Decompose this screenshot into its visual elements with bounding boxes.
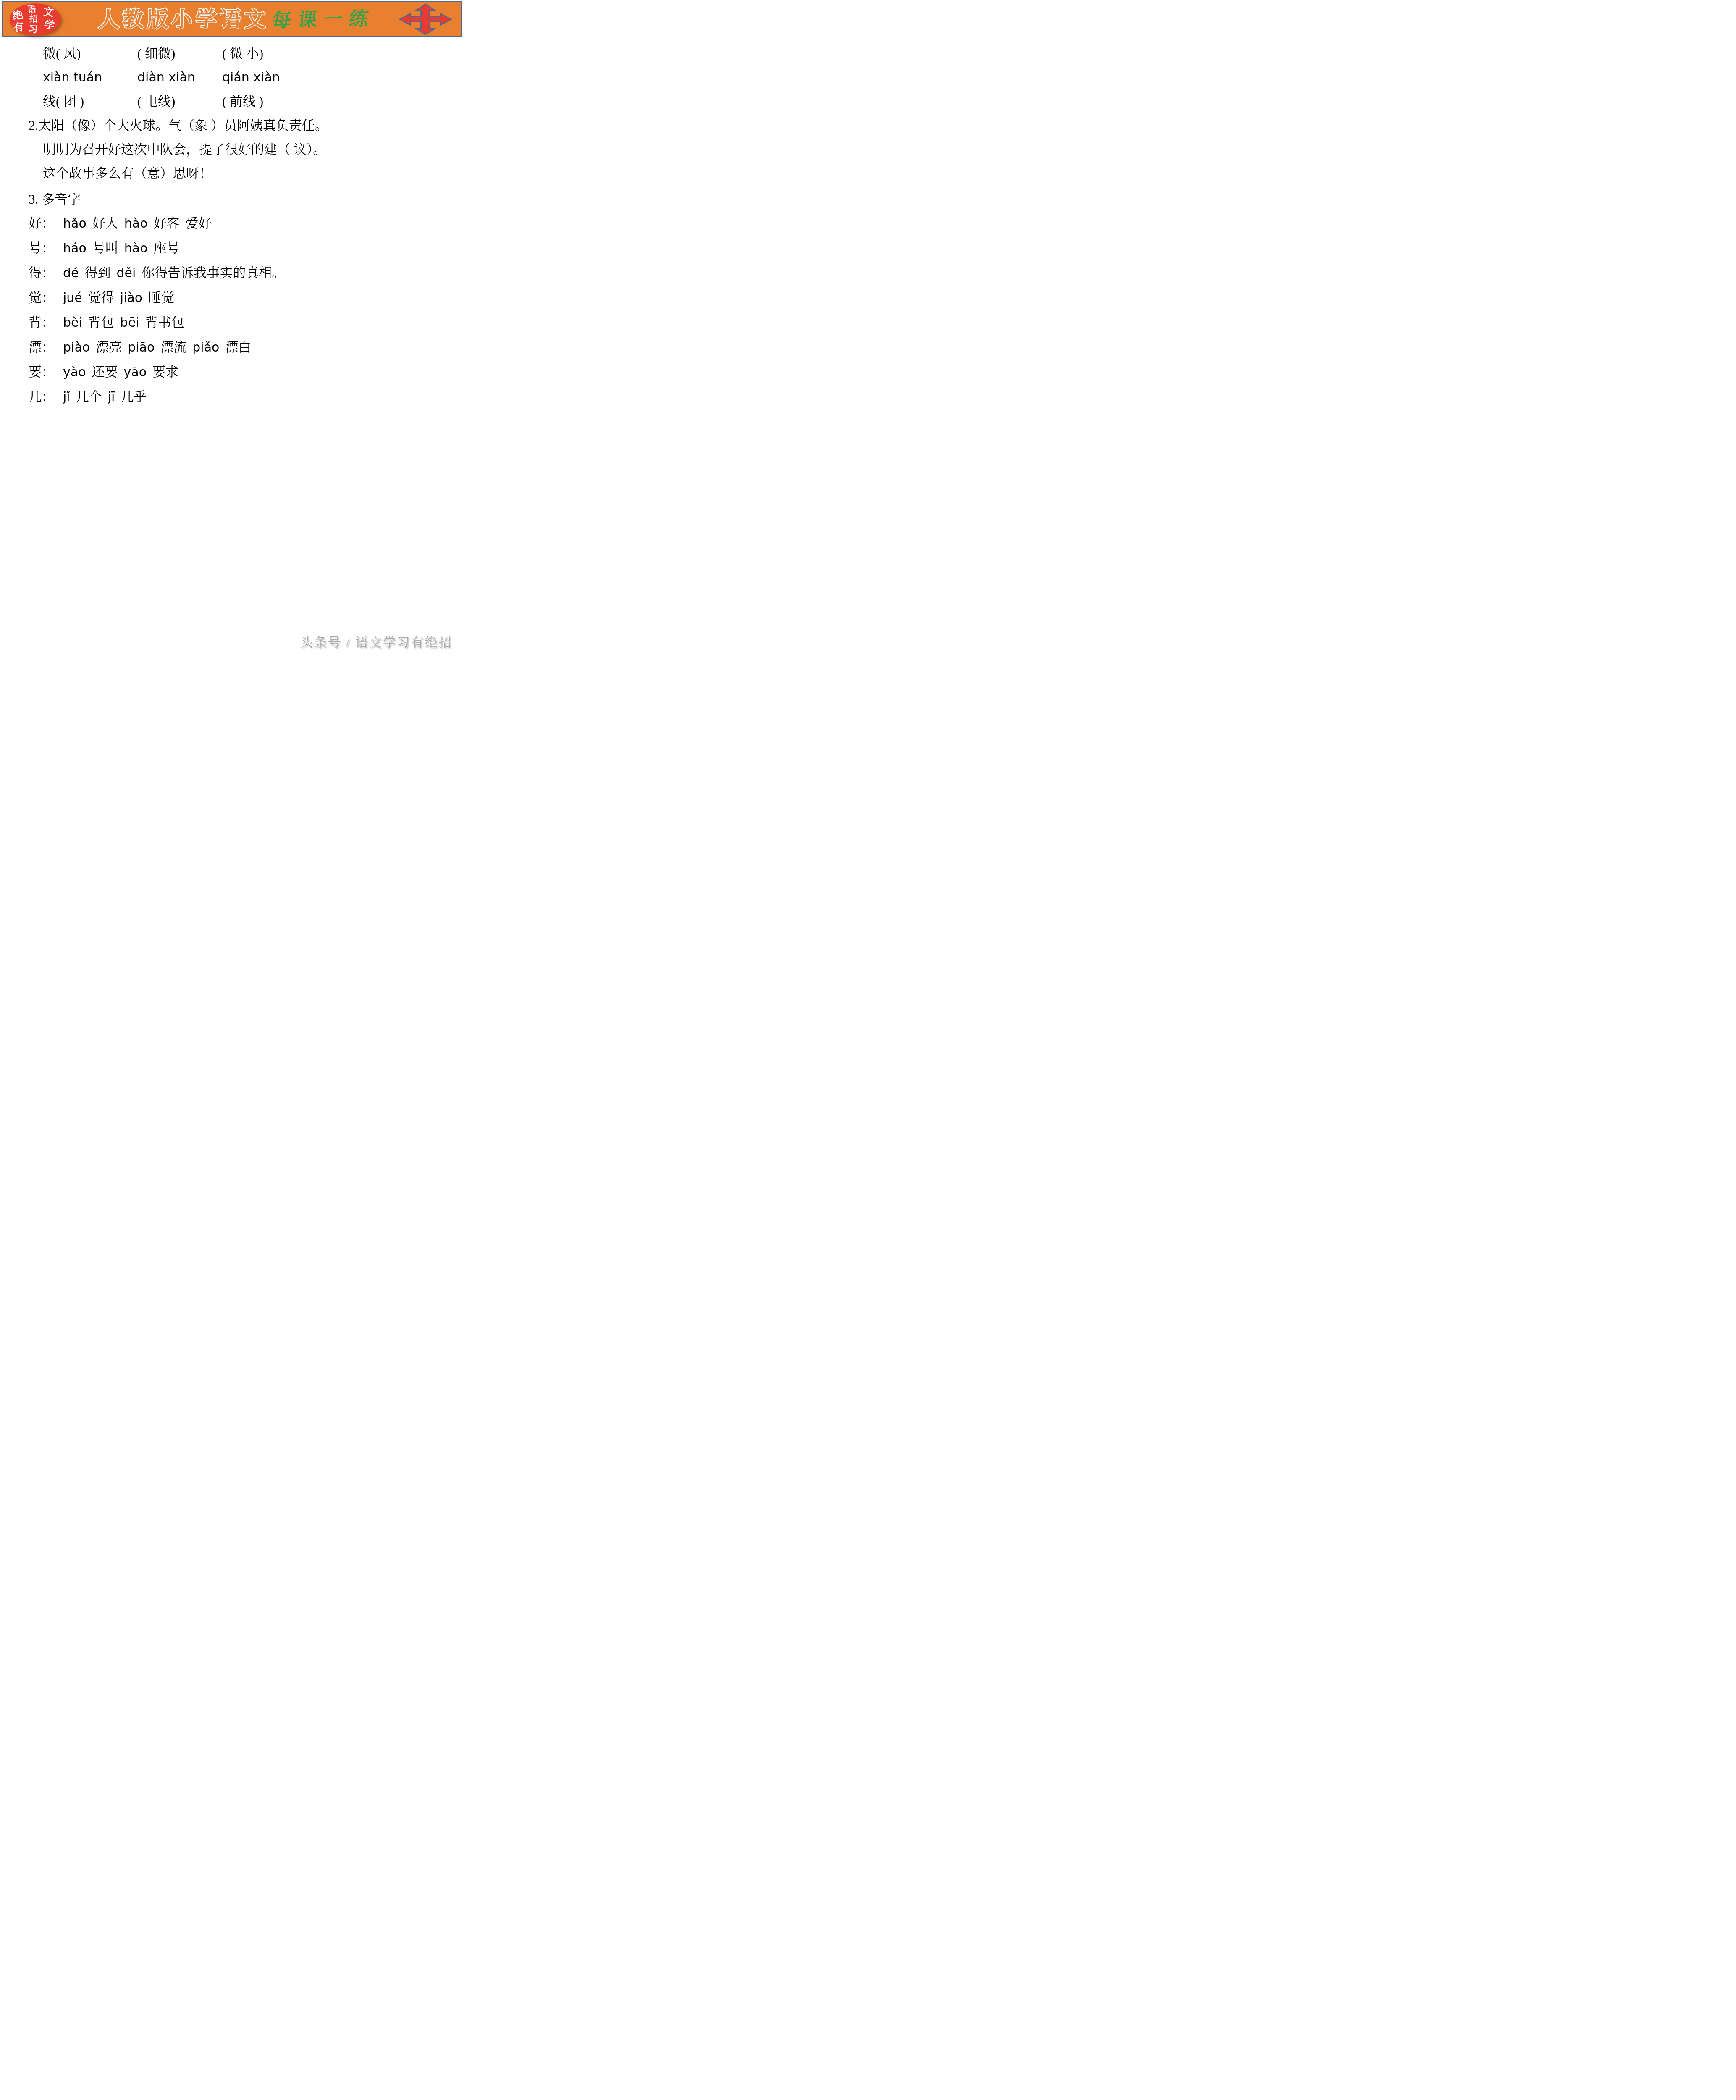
duoyinzi-char-label: 得：	[29, 266, 63, 279]
duoyinzi-list: 好：hǎo好人hào好客爱好号：háo号叫hào座号得：dé得到děi你得告诉我…	[0, 217, 463, 404]
duoyinzi-char-label: 号：	[29, 241, 63, 255]
page-subtitle: 每课一练	[271, 8, 376, 31]
pinyin-cell: qián xiàn	[222, 71, 280, 84]
exercise-line: 明明为召开好这次中队会，提了很好的建（ 议）。	[43, 143, 463, 156]
word-pair-cell: ( 电线)	[137, 95, 175, 108]
word-pair-cell: 线( 团 )	[43, 95, 84, 108]
duoyinzi-row: 号：háo号叫hào座号	[29, 241, 463, 255]
watermark: 头条号 / 语文学习有绝招	[300, 632, 452, 650]
pinyin-cell: diàn xiàn	[137, 71, 195, 84]
word-token: 号叫	[92, 241, 118, 255]
pinyin-token: piǎo	[192, 340, 219, 355]
worksheet-page: 语 文 绝 招 学 有 习 人教版小学语文 每课一练 微( 风) ( 细微) (…	[0, 0, 463, 655]
logo-char: 有	[13, 22, 24, 33]
word-token: 漂白	[225, 340, 251, 354]
word-token: 还要	[92, 365, 118, 379]
pinyin-token: piào	[63, 340, 90, 355]
duoyinzi-row: 觉：jué觉得jiào睡觉	[29, 291, 463, 304]
logo-char: 语	[27, 5, 37, 15]
word-token: 几个	[76, 389, 102, 404]
logo-char: 习	[28, 24, 38, 34]
logo-char: 绝	[12, 10, 24, 22]
header-banner: 语 文 绝 招 学 有 习 人教版小学语文 每课一练	[2, 1, 462, 37]
section-heading: 3. 多音字	[29, 193, 463, 206]
duoyinzi-row: 得：dé得到děi你得告诉我事实的真相。	[29, 266, 463, 280]
word-token: 好人	[92, 216, 118, 231]
pinyin-token: dé	[63, 266, 79, 281]
content: 微( 风) ( 细微) ( 微 小) xiàn tuán diàn xiàn q…	[0, 37, 463, 415]
pinyin-token: piāo	[128, 340, 155, 355]
pinyin-token: bèi	[63, 315, 82, 330]
logo-char: 招	[29, 15, 38, 24]
pinyin-token: jué	[63, 291, 82, 305]
word-token: 觉得	[88, 290, 114, 305]
pinyin-token: jiào	[120, 291, 142, 305]
word-pair-cell: 微( 风)	[43, 47, 81, 60]
pinyin-token: děi	[117, 266, 136, 281]
word-pair-cell: ( 细微)	[137, 47, 175, 60]
word-pair-cell: ( 前线 )	[222, 95, 263, 108]
word-token: 好客	[154, 216, 180, 231]
logo-char: 学	[43, 19, 55, 31]
logo-seal: 语 文 绝 招 学 有 习	[10, 3, 61, 35]
pinyin-token: yāo	[124, 365, 147, 380]
duoyinzi-row: 漂：piào漂亮piāo漂流piǎo漂白	[29, 341, 463, 354]
word-token: 几乎	[121, 389, 147, 404]
pinyin-token: jī	[108, 390, 115, 404]
word-token: 得到	[85, 265, 111, 280]
word-token: 你得告诉我事实的真相。	[142, 265, 285, 280]
word-token: 漂亮	[96, 340, 122, 354]
duoyinzi-row: 好：hǎo好人hào好客爱好	[29, 217, 463, 230]
exercise-line: 2.太阳（像）个大火球。气（象 ）员阿姨真负责任。	[29, 119, 463, 132]
duoyinzi-char-label: 要：	[29, 365, 63, 378]
exercise-line: 这个故事多么有（意）思呀！	[43, 167, 463, 180]
duoyinzi-row: 背：bèi背包bēi背书包	[29, 316, 463, 329]
pinyin-cell: xiàn tuán	[43, 71, 102, 84]
word-pair-cell: ( 微 小)	[222, 47, 263, 60]
pinyin-token: bēi	[120, 315, 139, 330]
word-pair-row: 线( 团 ) ( 电线) ( 前线 )	[0, 95, 463, 108]
pinyin-row: xiàn tuán diàn xiàn qián xiàn	[0, 71, 463, 84]
logo-char: 文	[43, 7, 55, 18]
duoyinzi-char-label: 几：	[29, 390, 63, 403]
word-token: 背书包	[145, 315, 184, 330]
duoyinzi-char-label: 好：	[29, 217, 63, 230]
page-title: 人教版小学语文	[98, 8, 269, 31]
pinyin-token: hào	[124, 241, 148, 256]
move-arrows-icon	[399, 3, 452, 35]
word-token: 要求	[152, 365, 178, 379]
word-token: 座号	[154, 241, 180, 255]
duoyinzi-row: 要：yào还要yāo要求	[29, 365, 463, 379]
duoyinzi-char-label: 觉：	[29, 291, 63, 304]
pinyin-token: háo	[63, 241, 87, 256]
pinyin-token: yào	[63, 365, 86, 380]
duoyinzi-row: 几：jǐ几个jī几乎	[29, 390, 463, 404]
pinyin-token: jǐ	[63, 390, 70, 404]
word-pair-row: 微( 风) ( 细微) ( 微 小)	[0, 47, 463, 60]
duoyinzi-char-label: 背：	[29, 316, 63, 329]
word-token: 漂流	[160, 340, 186, 354]
word-token: 睡觉	[148, 290, 174, 305]
pinyin-token: hǎo	[63, 216, 87, 231]
word-token: 背包	[88, 315, 114, 330]
pinyin-token: hào	[124, 216, 148, 231]
word-token: 爱好	[186, 216, 212, 231]
duoyinzi-char-label: 漂：	[29, 341, 63, 354]
